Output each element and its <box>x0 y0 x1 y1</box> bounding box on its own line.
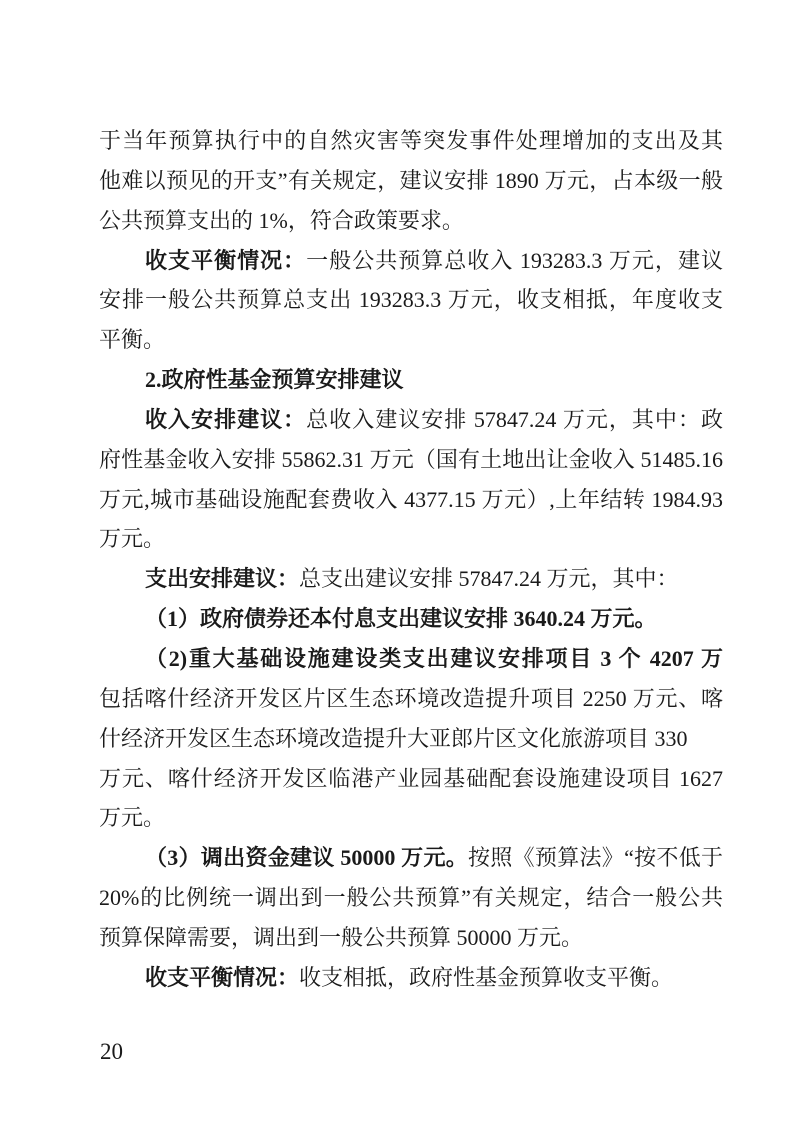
text-segment-bold: （1）政府债券还本付息支出建议安排 3640.24 万元。 <box>145 606 657 631</box>
text-line: 收入安排建议：总收入建议安排 57847.24 万元，其中：政 <box>99 400 723 440</box>
text-segment: 收支相抵，政府性基金预算收支平衡。 <box>299 965 673 990</box>
text-segment: 预算保障需要，调出到一般公共预算 50000 万元。 <box>99 925 583 950</box>
text-line: （1）政府债券还本付息支出建议安排 3640.24 万元。 <box>99 599 723 639</box>
text-line: 于当年预算执行中的自然灾害等突发事件处理增加的支出及其 <box>99 121 723 161</box>
text-line: 收支平衡情况：一般公共预算总收入 193283.3 万元，建议 <box>99 241 723 281</box>
document-page: 于当年预算执行中的自然灾害等突发事件处理增加的支出及其他难以预见的开支”有关规定… <box>0 0 793 1122</box>
text-line: 万元,城市基础设施配套费收入 4377.15 万元）,上年结转 1984.93 <box>99 480 723 520</box>
text-segment: 府性基金收入安排 55862.31 万元（国有土地出让金收入 51485.16 <box>99 447 723 472</box>
text-segment: 万元、喀什经济开发区临港产业园基础配套设施建设项目 1627 <box>99 766 723 791</box>
text-line: 2.政府性基金预算安排建议 <box>99 360 723 400</box>
text-segment-bold: （2)重大基础设施建设类支出建议安排项目 3 个 4207 万元， <box>145 646 723 679</box>
text-segment-bold: 收支平衡情况： <box>145 965 299 990</box>
text-segment: 万元,城市基础设施配套费收入 4377.15 万元）,上年结转 1984.93 <box>99 487 723 512</box>
text-line: 预算保障需要，调出到一般公共预算 50000 万元。 <box>99 918 723 958</box>
text-segment-bold: 收入安排建议： <box>145 407 306 432</box>
text-line: 支出安排建议：总支出建议安排 57847.24 万元，其中： <box>99 559 723 599</box>
text-segment-bold: 收支平衡情况： <box>145 248 306 273</box>
text-segment: 万元。 <box>99 805 165 830</box>
text-line: 收支平衡情况：收支相抵，政府性基金预算收支平衡。 <box>99 958 723 998</box>
text-line: 20%的比例统一调出到一般公共预算”有关规定，结合一般公共 <box>99 878 723 918</box>
text-line: 什经济开发区生态环境改造提升大亚郎片区文化旅游项目 330 <box>99 719 723 759</box>
text-segment: 一般公共预算总收入 193283.3 万元，建议 <box>306 248 723 273</box>
text-line: （3）调出资金建议 50000 万元。按照《预算法》“按不低于 <box>99 838 723 878</box>
text-line: 安排一般公共预算总支出 193283.3 万元，收支相抵，年度收支 <box>99 280 723 320</box>
text-segment-bold: 2.政府性基金预算安排建议 <box>145 367 404 392</box>
text-line: 他难以预见的开支”有关规定，建议安排 1890 万元，占本级一般 <box>99 161 723 201</box>
text-line: 万元、喀什经济开发区临港产业园基础配套设施建设项目 1627 <box>99 759 723 799</box>
document-text: 于当年预算执行中的自然灾害等突发事件处理增加的支出及其他难以预见的开支”有关规定… <box>99 121 723 998</box>
text-segment: 他难以预见的开支”有关规定，建议安排 1890 万元，占本级一般 <box>99 168 723 193</box>
text-segment: 什经济开发区生态环境改造提升大亚郎片区文化旅游项目 330 <box>99 726 688 751</box>
text-line: （2)重大基础设施建设类支出建议安排项目 3 个 4207 万元， <box>99 639 723 679</box>
text-segment: 总支出建议安排 57847.24 万元，其中： <box>299 566 679 591</box>
text-segment: 万元。 <box>99 526 165 551</box>
text-line: 万元。 <box>99 519 723 559</box>
text-line: 府性基金收入安排 55862.31 万元（国有土地出让金收入 51485.16 <box>99 440 723 480</box>
text-segment-bold: （3）调出资金建议 50000 万元。 <box>145 845 468 870</box>
text-line: 平衡。 <box>99 320 723 360</box>
page-number: 20 <box>100 1038 123 1066</box>
text-line: 万元。 <box>99 798 723 838</box>
text-line: 公共预算支出的 1%，符合政策要求。 <box>99 201 723 241</box>
text-segment: 公共预算支出的 1%，符合政策要求。 <box>99 208 464 233</box>
text-segment-bold: 支出安排建议： <box>145 566 299 591</box>
text-segment: 平衡。 <box>99 327 165 352</box>
text-segment: 于当年预算执行中的自然灾害等突发事件处理增加的支出及其 <box>99 128 723 153</box>
text-line: 包括喀什经济开发区片区生态环境改造提升项目 2250 万元、喀 <box>99 679 723 719</box>
text-segment: 按照《预算法》“按不低于 <box>468 845 723 870</box>
text-segment: 包括喀什经济开发区片区生态环境改造提升项目 2250 万元、喀 <box>99 686 723 711</box>
text-segment: 安排一般公共预算总支出 193283.3 万元，收支相抵，年度收支 <box>99 287 723 312</box>
text-segment: 总收入建议安排 57847.24 万元，其中：政 <box>306 407 723 432</box>
text-segment: 20%的比例统一调出到一般公共预算”有关规定，结合一般公共 <box>99 885 723 910</box>
